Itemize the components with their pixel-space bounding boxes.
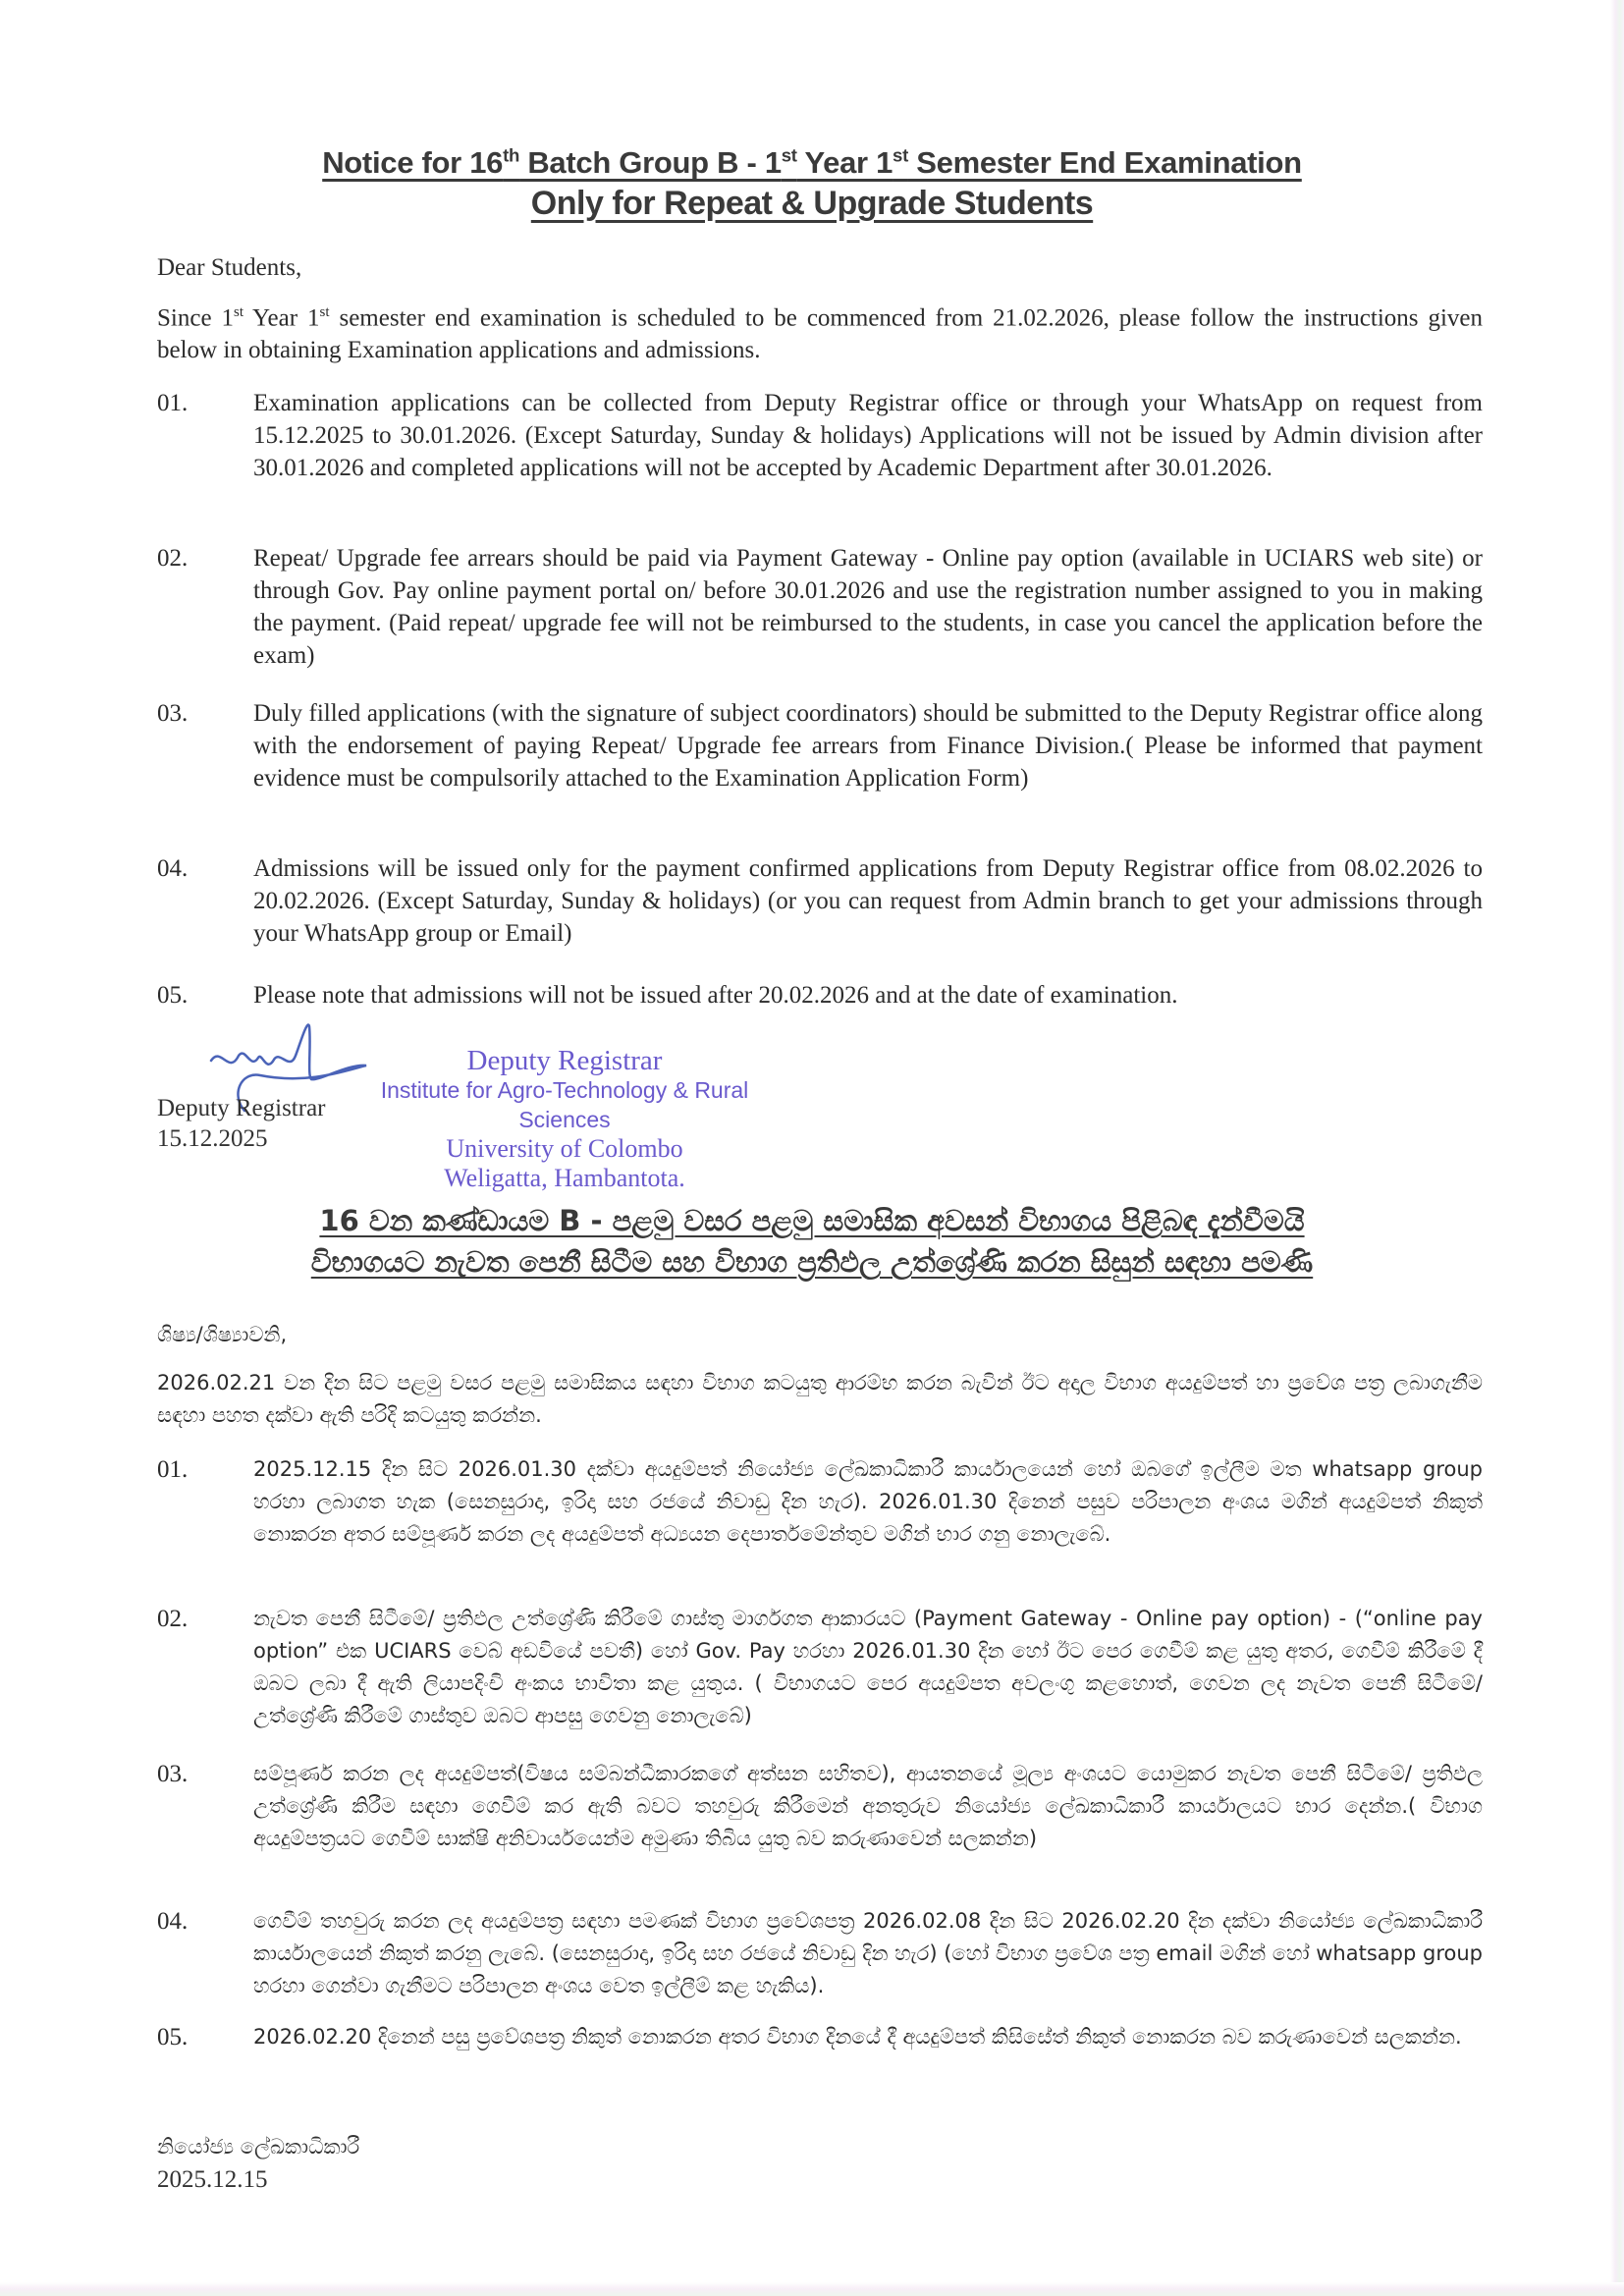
title-text: Batch Group B - 1 bbox=[519, 145, 782, 180]
intro-text: Year 1 bbox=[244, 304, 320, 331]
item-text: Examination applications can be collecte… bbox=[253, 387, 1483, 484]
title-sup: st bbox=[893, 145, 908, 166]
item-text: Repeat/ Upgrade fee arrears should be pa… bbox=[253, 542, 1483, 672]
item-text: සම්පූර්ණ කරන ලද අයදුම්පත්(විෂය සම්බන්ධීක… bbox=[253, 1758, 1483, 1855]
sinhala-item-02: 02. නැවත පෙනී සිටීමේ/ ප්‍රතිඵල උත්ශ්‍රේණ… bbox=[157, 1603, 1483, 1732]
item-number: 03. bbox=[157, 697, 236, 730]
scan-edge-bottom bbox=[0, 2282, 1624, 2296]
item-text: 2026.02.20 දිනෙන් පසු ප්‍රවේශපත්‍ර නිකුත… bbox=[253, 2021, 1483, 2053]
english-salutation: Dear Students, bbox=[157, 251, 1483, 284]
english-item-02: 02. Repeat/ Upgrade fee arrears should b… bbox=[157, 542, 1483, 672]
sinhala-item-05: 05. 2026.02.20 දිනෙන් පසු ප්‍රවේශපත්‍ර න… bbox=[157, 2021, 1483, 2053]
signatory-date: 2025.12.15 bbox=[157, 2163, 359, 2196]
item-number: 02. bbox=[157, 1603, 236, 1635]
stamp-title: Deputy Registrar bbox=[353, 1046, 776, 1075]
title-sup: th bbox=[503, 145, 519, 166]
english-signatory: Deputy Registrar 15.12.2025 bbox=[157, 1093, 325, 1154]
signatory-title: නියෝජ්‍ය ලේඛකාධිකාරී bbox=[157, 2131, 359, 2163]
stamp-location: Weligatta, Hambantota. bbox=[353, 1164, 776, 1193]
item-number: 01. bbox=[157, 1453, 236, 1486]
stamp-university: University of Colombo bbox=[353, 1134, 776, 1164]
sinhala-intro: 2026.02.21 වන දින සිට පළමු වසර පළමු සමාස… bbox=[157, 1367, 1483, 1432]
title-text: Notice for 16 bbox=[322, 145, 503, 180]
item-text: Please note that admissions will not be … bbox=[253, 979, 1483, 1011]
english-title-line2: Only for Repeat & Upgrade Students bbox=[0, 185, 1624, 223]
item-number: 05. bbox=[157, 979, 236, 1011]
item-number: 04. bbox=[157, 852, 236, 885]
item-number: 03. bbox=[157, 1758, 236, 1790]
title-text: Only for Repeat & Upgrade Students bbox=[531, 185, 1093, 222]
sinhala-item-04: 04. ගෙවීම් තහවුරු කරන ලද අයදුම්පත්‍ර සඳහ… bbox=[157, 1905, 1483, 2002]
english-item-03: 03. Duly filled applications (with the s… bbox=[157, 697, 1483, 794]
english-intro: Since 1st Year 1st semester end examinat… bbox=[157, 297, 1483, 366]
title-text: Year 1 bbox=[797, 145, 893, 180]
item-text: ගෙවීම් තහවුරු කරන ලද අයදුම්පත්‍ර සඳහා පම… bbox=[253, 1905, 1483, 2002]
stamp-institute: Institute for Agro-Technology & Rural Sc… bbox=[353, 1075, 776, 1134]
intro-sup: st bbox=[320, 304, 330, 320]
item-text: නැවත පෙනී සිටීමේ/ ප්‍රතිඵල උත්ශ්‍රේණි කි… bbox=[253, 1603, 1483, 1732]
signatory-date: 15.12.2025 bbox=[157, 1123, 325, 1154]
english-item-04: 04. Admissions will be issued only for t… bbox=[157, 852, 1483, 950]
item-text: Admissions will be issued only for the p… bbox=[253, 852, 1483, 950]
item-text: 2025.12.15 දින සිට 2026.01.30 දක්වා අයදු… bbox=[253, 1453, 1483, 1551]
sinhala-salutation: ශිෂ්‍ය/ශිෂ්‍යාවනි, bbox=[157, 1319, 1483, 1351]
title-text: Semester End Examination bbox=[908, 145, 1302, 180]
sinhala-signatory: නියෝජ්‍ය ලේඛකාධිකාරී 2025.12.15 bbox=[157, 2131, 359, 2196]
intro-text: semester end examination is scheduled to… bbox=[157, 304, 1483, 363]
intro-text: Since 1 bbox=[157, 304, 234, 331]
title-sup: st bbox=[782, 145, 797, 166]
signatory-title: Deputy Registrar bbox=[157, 1093, 325, 1123]
english-item-01: 01. Examination applications can be coll… bbox=[157, 387, 1483, 484]
title-text: 16 වන කණ්ඩායම B - පළමු වසර පළමු සමාසික අ… bbox=[319, 1204, 1304, 1237]
sinhala-item-03: 03. සම්පූර්ණ කරන ලද අයදුම්පත්(විෂය සම්බන… bbox=[157, 1758, 1483, 1855]
item-number: 04. bbox=[157, 1905, 236, 1938]
intro-sup: st bbox=[234, 304, 244, 320]
sinhala-title-line2: විභාගයට නැවත පෙනී සිටීම සහ විභාග ප්‍රතිඵ… bbox=[0, 1245, 1624, 1280]
item-number: 05. bbox=[157, 2021, 236, 2053]
english-title-line1: Notice for 16th Batch Group B - 1st Year… bbox=[0, 145, 1624, 181]
item-text: Duly filled applications (with the signa… bbox=[253, 697, 1483, 794]
official-stamp: Deputy Registrar Institute for Agro-Tech… bbox=[353, 1046, 776, 1193]
english-item-05: 05. Please note that admissions will not… bbox=[157, 979, 1483, 1011]
item-number: 01. bbox=[157, 387, 236, 419]
sinhala-title-line1: 16 වන කණ්ඩායම B - පළමු වසර පළමු සමාසික අ… bbox=[0, 1204, 1624, 1238]
item-number: 02. bbox=[157, 542, 236, 574]
scan-edge-right bbox=[1610, 0, 1624, 2296]
sinhala-item-01: 01. 2025.12.15 දින සිට 2026.01.30 දක්වා … bbox=[157, 1453, 1483, 1551]
title-text: විභාගයට නැවත පෙනී සිටීම සහ විභාග ප්‍රතිඵ… bbox=[311, 1245, 1313, 1279]
